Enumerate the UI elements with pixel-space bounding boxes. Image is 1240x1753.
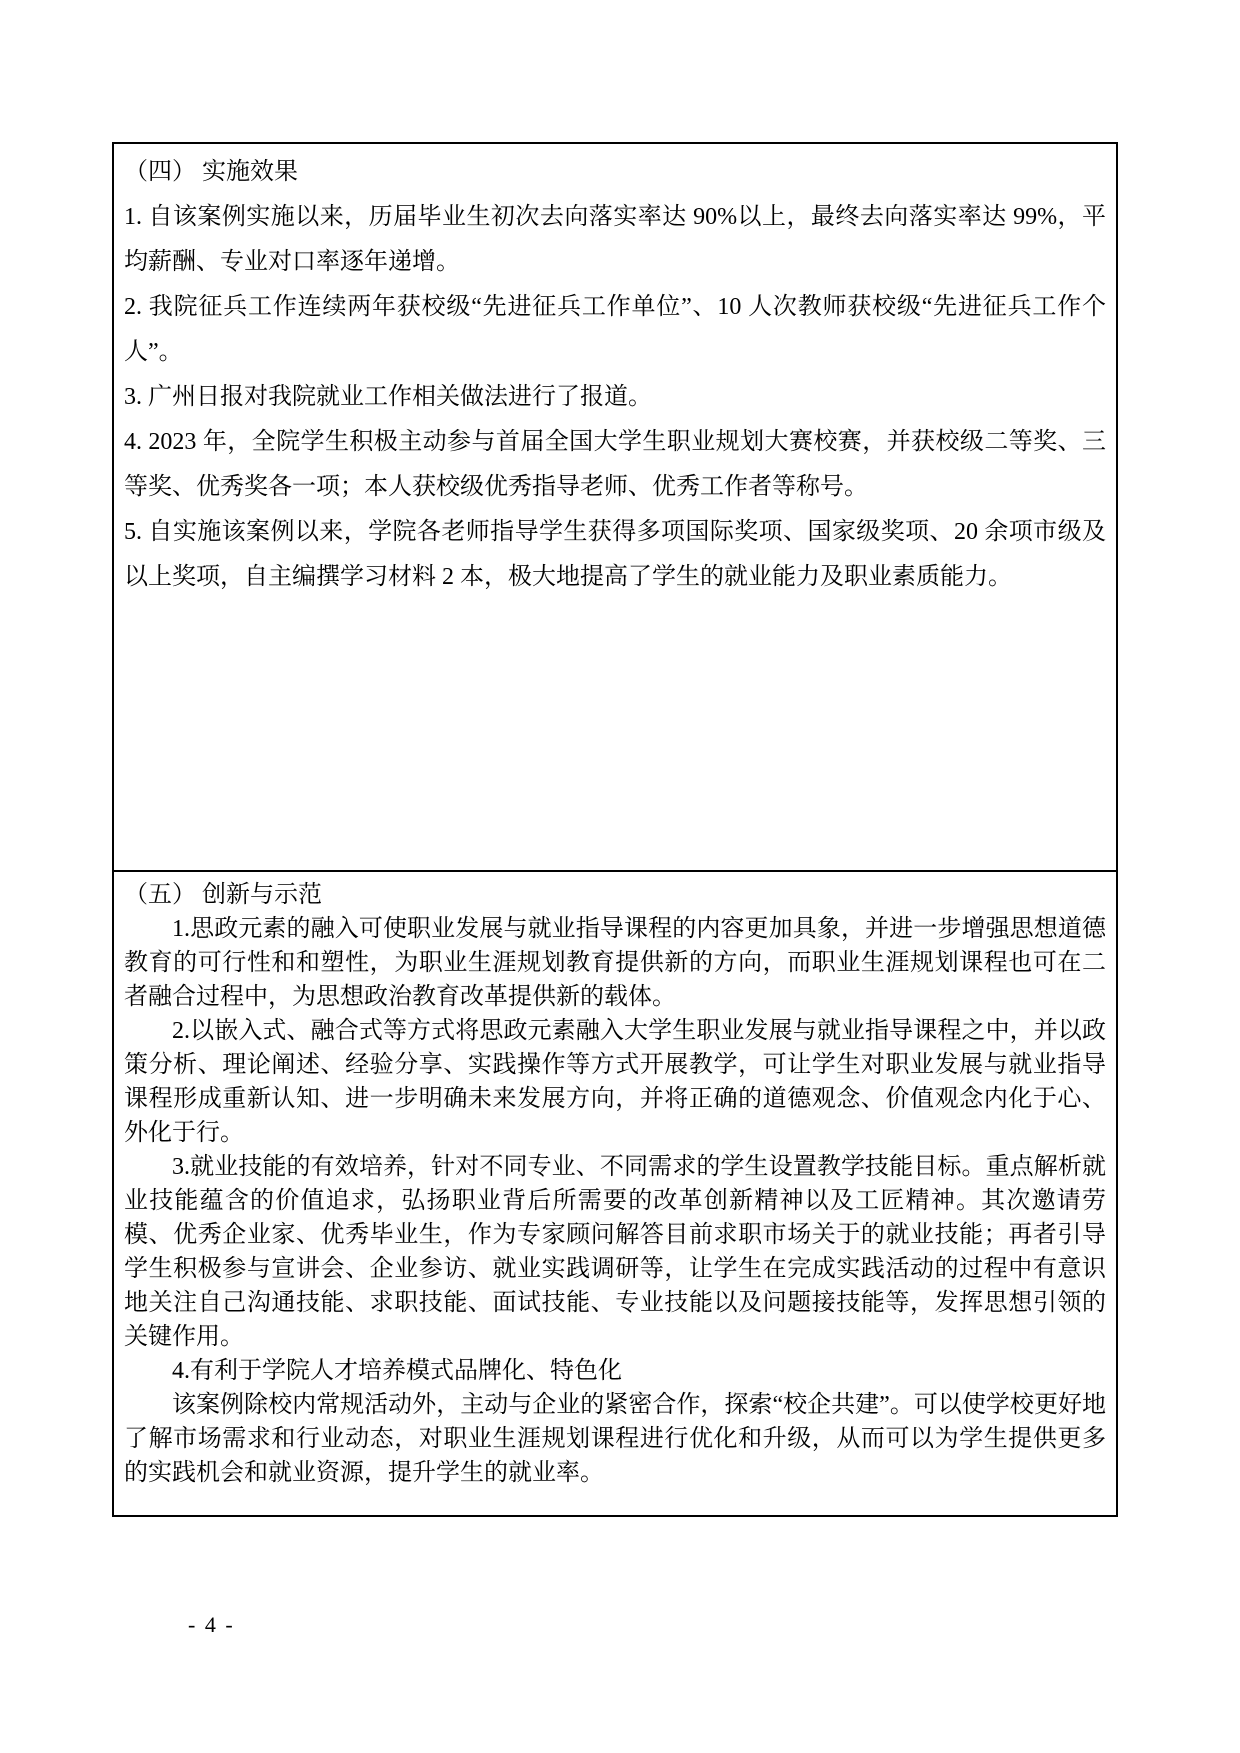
form-table: （四） 实施效果 1. 自该案例实施以来，历届毕业生初次去向落实率达 90%以上… (112, 142, 1118, 1517)
section4-title: （四） 实施效果 (124, 150, 1106, 195)
section5-paragraph-4: 4.有利于学院人才培养模式品牌化、特色化 (124, 1354, 1106, 1388)
section-innovation-demonstration: （五） 创新与示范 1.思政元素的融入可使职业发展与就业指导课程的内容更加具象，… (114, 872, 1116, 1515)
page-number: - 4 - (188, 1612, 235, 1638)
section4-item-4: 4. 2023 年，全院学生积极主动参与首届全国大学生职业规划大赛校赛，并获校级… (124, 420, 1106, 510)
section-implementation-results: （四） 实施效果 1. 自该案例实施以来，历届毕业生初次去向落实率达 90%以上… (114, 144, 1116, 872)
section5-paragraph-3: 3.就业技能的有效培养，针对不同专业、不同需求的学生设置教学技能目标。重点解析就… (124, 1150, 1106, 1354)
section4-item-3: 3. 广州日报对我院就业工作相关做法进行了报道。 (124, 375, 1106, 420)
section5-paragraph-5: 该案例除校内常规活动外，主动与企业的紧密合作，探索“校企共建”。可以使学校更好地… (124, 1388, 1106, 1490)
document-page: （四） 实施效果 1. 自该案例实施以来，历届毕业生初次去向落实率达 90%以上… (0, 0, 1240, 1753)
section5-paragraph-1: 1.思政元素的融入可使职业发展与就业指导课程的内容更加具象，并进一步增强思想道德… (124, 912, 1106, 1014)
section5-paragraph-2: 2.以嵌入式、融合式等方式将思政元素融入大学生职业发展与就业指导课程之中，并以政… (124, 1014, 1106, 1150)
section4-item-5: 5. 自实施该案例以来，学院各老师指导学生获得多项国际奖项、国家级奖项、20 余… (124, 510, 1106, 600)
section5-title: （五） 创新与示范 (124, 878, 1106, 912)
section4-item-1: 1. 自该案例实施以来，历届毕业生初次去向落实率达 90%以上，最终去向落实率达… (124, 195, 1106, 285)
section4-item-2: 2. 我院征兵工作连续两年获校级“先进征兵工作单位”、10 人次教师获校级“先进… (124, 285, 1106, 375)
